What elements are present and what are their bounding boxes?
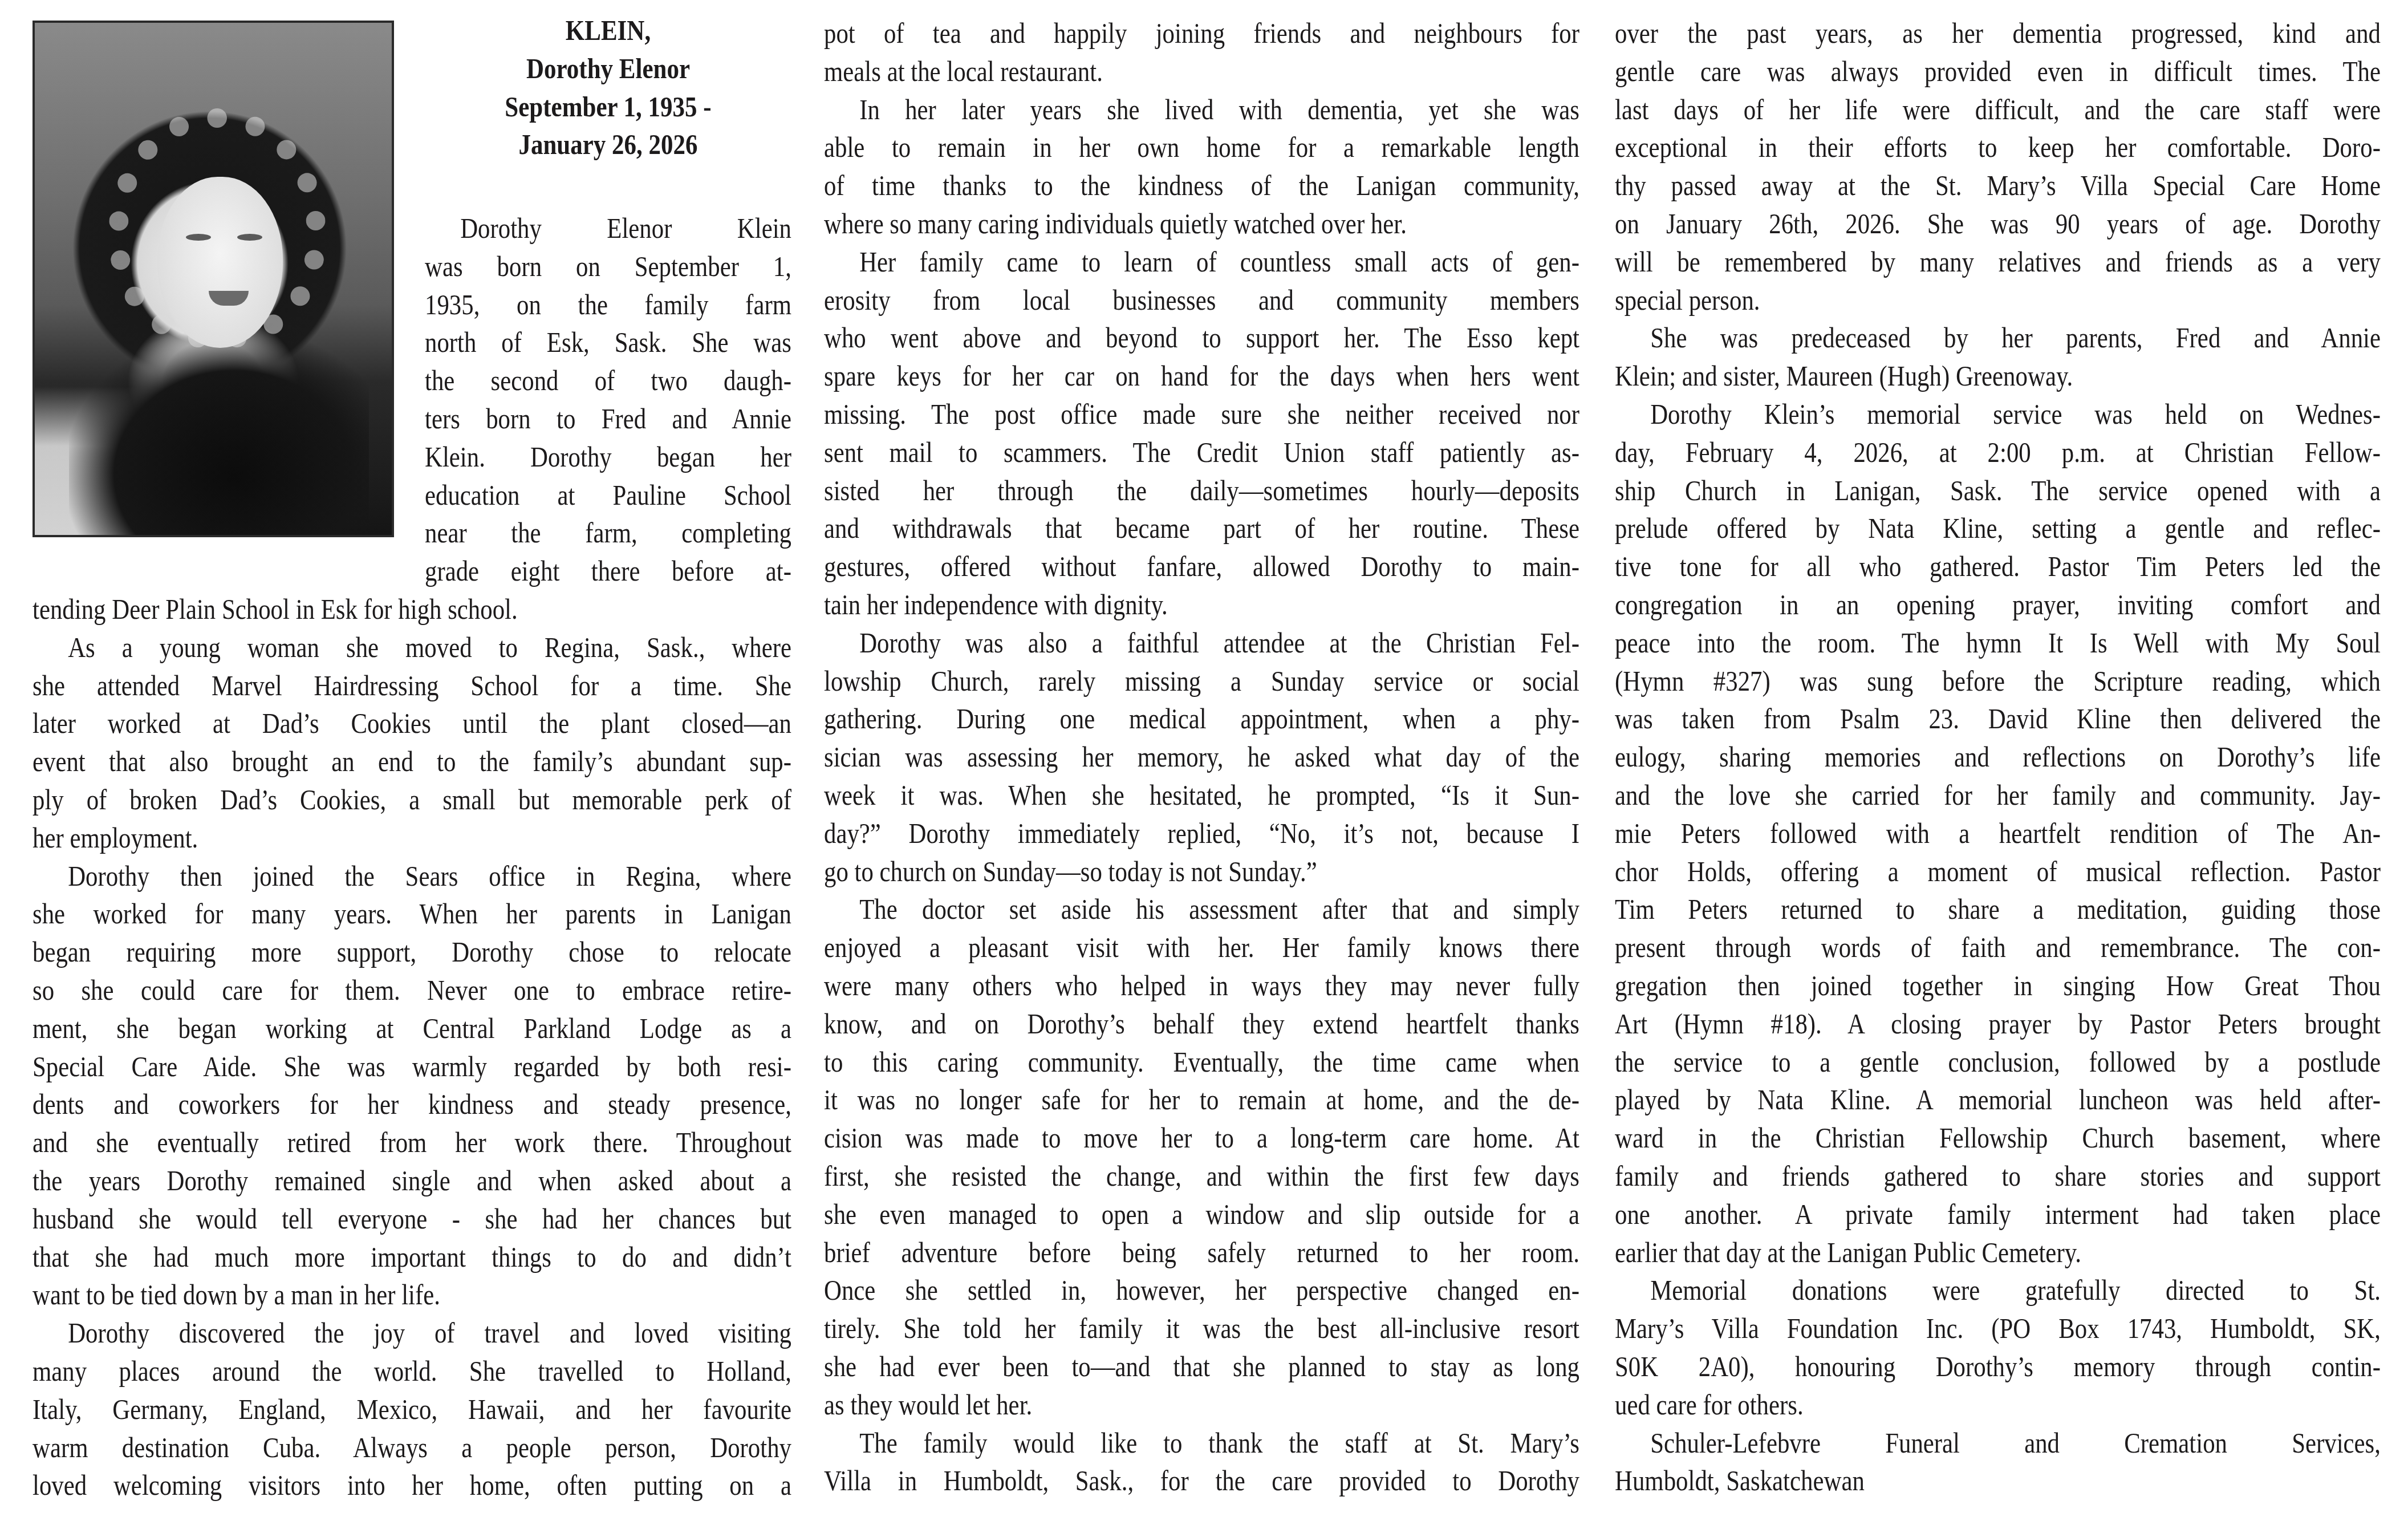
text-line: education at Pauline School (425, 477, 791, 515)
text-line: ment, she began working at Central Parkl… (33, 1010, 791, 1048)
text-line: loved welcoming visitors into her home, … (33, 1467, 791, 1505)
text-line: the second of two daugh- (425, 362, 791, 400)
text-line: sent mail to scammers. The Credit Union … (824, 434, 1579, 472)
text-line: The doctor set aside his assessment afte… (824, 891, 1579, 929)
text-line: prelude offered by Nata Kline, setting a… (1615, 510, 2381, 548)
text-line: and she eventually retired from her work… (33, 1124, 791, 1162)
text-line: chor Holds, offering a moment of musical… (1615, 853, 2381, 891)
text-line: Humboldt, Saskatchewan (1615, 1462, 2381, 1500)
text-line: Once she settled in, however, her perspe… (824, 1272, 1579, 1310)
text-line: Memorial donations were gratefully direc… (1615, 1272, 2381, 1310)
text-line: sisted her through the daily—sometimes h… (824, 472, 1579, 510)
text-line: the service to a gentle conclusion, foll… (1615, 1044, 2381, 1082)
portrait-photo (33, 21, 394, 537)
text-line: 1935, on the family farm (425, 286, 791, 325)
text-line: Italy, Germany, England, Mexico, Hawaii,… (33, 1391, 791, 1429)
text-line: Her family came to learn of countless sm… (824, 244, 1579, 282)
text-line: husband she would tell everyone - she ha… (33, 1200, 791, 1239)
text-line: know, and on Dorothy’s behalf they exten… (824, 1005, 1579, 1044)
text-line: Klein; and sister, Maureen (Hugh) Greeno… (1615, 358, 2381, 396)
text-line: cision was made to move her to a long-te… (824, 1120, 1579, 1158)
text-line: peace into the room. The hymn It Is Well… (1615, 624, 2381, 663)
text-line: she even managed to open a window and sl… (824, 1196, 1579, 1234)
text-line: as they would let her. (824, 1386, 1579, 1425)
photo-eye-right (237, 234, 262, 241)
text-line: gestures, offered without fanfare, allow… (824, 548, 1579, 586)
text-line: were many others who helped in ways they… (824, 967, 1579, 1005)
text-line: family and friends gathered to share sto… (1615, 1158, 2381, 1196)
text-line: spare keys for her car on hand for the d… (824, 358, 1579, 396)
text-line: it was no longer safe for her to remain … (824, 1081, 1579, 1120)
text-line: Schuler-Lefebvre Funeral and Cremation S… (1615, 1425, 2381, 1463)
text-line: on January 26th, 2026. She was 90 years … (1615, 205, 2381, 244)
text-line: ued care for others. (1615, 1386, 2381, 1425)
text-line: able to remain in her own home for a rem… (824, 129, 1579, 167)
text-line: gregation then joined together in singin… (1615, 967, 2381, 1005)
text-line: Dorothy Elenor Klein (425, 210, 791, 248)
text-line: S0K 2A0), honouring Dorothy’s memory thr… (1615, 1348, 2381, 1386)
text-line: event that also brought an end to the fa… (33, 743, 791, 781)
photo-face (157, 177, 283, 348)
text-line: earlier that day at the Lanigan Public C… (1615, 1234, 2381, 1272)
text-line: later worked at Dad’s Cookies until the … (33, 705, 791, 743)
text-line: her employment. (33, 820, 791, 858)
text-line: Villa in Humboldt, Sask., for the care p… (824, 1462, 1579, 1500)
text-line: north of Esk, Sask. She was (425, 324, 791, 362)
heading-death-date: January 26, 2026 (450, 125, 766, 164)
text-line: present through words of faith and remem… (1615, 929, 2381, 967)
text-line: want to be tied down by a man in her lif… (33, 1276, 791, 1315)
text-line: The family would like to thank the staff… (824, 1425, 1579, 1463)
text-line: Art (Hymn #18). A closing prayer by Past… (1615, 1005, 2381, 1044)
text-line: many places around the world. She travel… (33, 1353, 791, 1391)
text-line: began requiring more support, Dorothy ch… (33, 934, 791, 972)
text-line: ship Church in Lanigan, Sask. The servic… (1615, 472, 2381, 510)
text-line: ters born to Fred and Annie (425, 400, 791, 439)
text-line: to this caring community. Eventually, th… (824, 1044, 1579, 1082)
text-line: day, February 4, 2026, at 2:00 p.m. at C… (1615, 434, 2381, 472)
obituary-page: KLEIN, Dorothy Elenor September 1, 1935 … (0, 0, 2408, 1525)
text-line: so she could care for them. Never one to… (33, 972, 791, 1010)
text-line: dents and coworkers for her kindness and… (33, 1086, 791, 1124)
text-line: special person. (1615, 282, 2381, 320)
text-line: mie Peters followed with a heartfelt ren… (1615, 815, 2381, 853)
text-line: she worked for many years. When her pare… (33, 895, 791, 934)
text-line: brief adventure before being safely retu… (824, 1234, 1579, 1272)
text-line: Dorothy discovered the joy of travel and… (33, 1315, 791, 1353)
text-line: who went above and beyond to support her… (824, 319, 1579, 358)
text-line: tending Deer Plain School in Esk for hig… (33, 591, 791, 629)
text-line: sician was assessing her memory, he aske… (824, 739, 1579, 777)
photo-eye-left (186, 234, 211, 241)
text-line: will be remembered by many relatives and… (1615, 244, 2381, 282)
text-line: missing. The post office made sure she n… (824, 396, 1579, 434)
text-line: Dorothy then joined the Sears office in … (33, 858, 791, 896)
text-line: erosity from local businesses and commun… (824, 282, 1579, 320)
text-line: was born on September 1, (425, 248, 791, 286)
text-line: tain her independence with dignity. (824, 586, 1579, 624)
text-line: gathering. During one medical appointmen… (824, 700, 1579, 739)
text-line: ply of broken Dad’s Cookies, a small but… (33, 781, 791, 820)
text-line: lowship Church, rarely missing a Sunday … (824, 663, 1579, 701)
text-line: enjoyed a pleasant visit with her. Her f… (824, 929, 1579, 967)
text-line: Tim Peters returned to share a meditatio… (1615, 891, 2381, 929)
text-line: first, she resisted the change, and with… (824, 1158, 1579, 1196)
text-line: Dorothy Klein’s memorial service was hel… (1615, 396, 2381, 434)
text-line: and the love she carried for her family … (1615, 777, 2381, 815)
text-line: she had ever been to—and that she planne… (824, 1348, 1579, 1386)
text-line: she attended Marvel Hairdressing School … (33, 667, 791, 705)
text-line: meals at the local restaurant. (824, 53, 1579, 91)
text-line: near the farm, completing (425, 514, 791, 553)
text-line: that she had much more important things … (33, 1239, 791, 1277)
text-line: and withdrawals that became part of her … (824, 510, 1579, 548)
text-line: one another. A private family interment … (1615, 1196, 2381, 1234)
text-line: She was predeceased by her parents, Fred… (1615, 319, 2381, 358)
text-line: Mary’s Villa Foundation Inc. (PO Box 174… (1615, 1310, 2381, 1348)
text-line: exceptional in their efforts to keep her… (1615, 129, 2381, 167)
text-line: Klein. Dorothy began her (425, 439, 791, 477)
text-line: played by Nata Kline. A memorial luncheo… (1615, 1081, 2381, 1120)
text-line: was taken from Psalm 23. David Kline the… (1615, 700, 2381, 739)
text-line: gentle care was always provided even in … (1615, 53, 2381, 91)
text-line: last days of her life were difficult, an… (1615, 91, 2381, 129)
text-line: congregation in an opening prayer, invit… (1615, 586, 2381, 624)
text-line: over the past years, as her dementia pro… (1615, 15, 2381, 53)
heading-given-names: Dorothy Elenor (450, 50, 766, 88)
text-line: pot of tea and happily joining friends a… (824, 15, 1579, 53)
text-line: ward in the Christian Fellowship Church … (1615, 1120, 2381, 1158)
text-line: grade eight there before at- (425, 553, 791, 591)
text-line: (Hymn #327) was sung before the Scriptur… (1615, 663, 2381, 701)
obituary-heading: KLEIN, Dorothy Elenor September 1, 1935 … (450, 11, 766, 164)
text-line: of time thanks to the kindness of the La… (824, 167, 1579, 205)
text-line: Special Care Aide. She was warmly regard… (33, 1048, 791, 1086)
heading-birth-date: September 1, 1935 - (450, 88, 766, 126)
text-line: Dorothy was also a faithful attendee at … (824, 624, 1579, 663)
text-line: go to church on Sunday—so today is not S… (824, 853, 1579, 891)
text-line: eulogy, sharing memories and reflections… (1615, 739, 2381, 777)
text-line: week it was. When she hesitated, he prom… (824, 777, 1579, 815)
text-line: As a young woman she moved to Regina, Sa… (33, 629, 791, 667)
text-line: warm destination Cuba. Always a people p… (33, 1429, 791, 1467)
text-line: the years Dorothy remained single and wh… (33, 1162, 791, 1200)
text-line: tive tone for all who gathered. Pastor T… (1615, 548, 2381, 586)
text-line: In her later years she lived with dement… (824, 91, 1579, 129)
text-line: where so many caring individuals quietly… (824, 205, 1579, 244)
text-line: day?” Dorothy immediately replied, “No, … (824, 815, 1579, 853)
text-line: tirely. She told her family it was the b… (824, 1310, 1579, 1348)
heading-surname: KLEIN, (450, 11, 766, 50)
text-line: thy passed away at the St. Mary’s Villa … (1615, 167, 2381, 205)
